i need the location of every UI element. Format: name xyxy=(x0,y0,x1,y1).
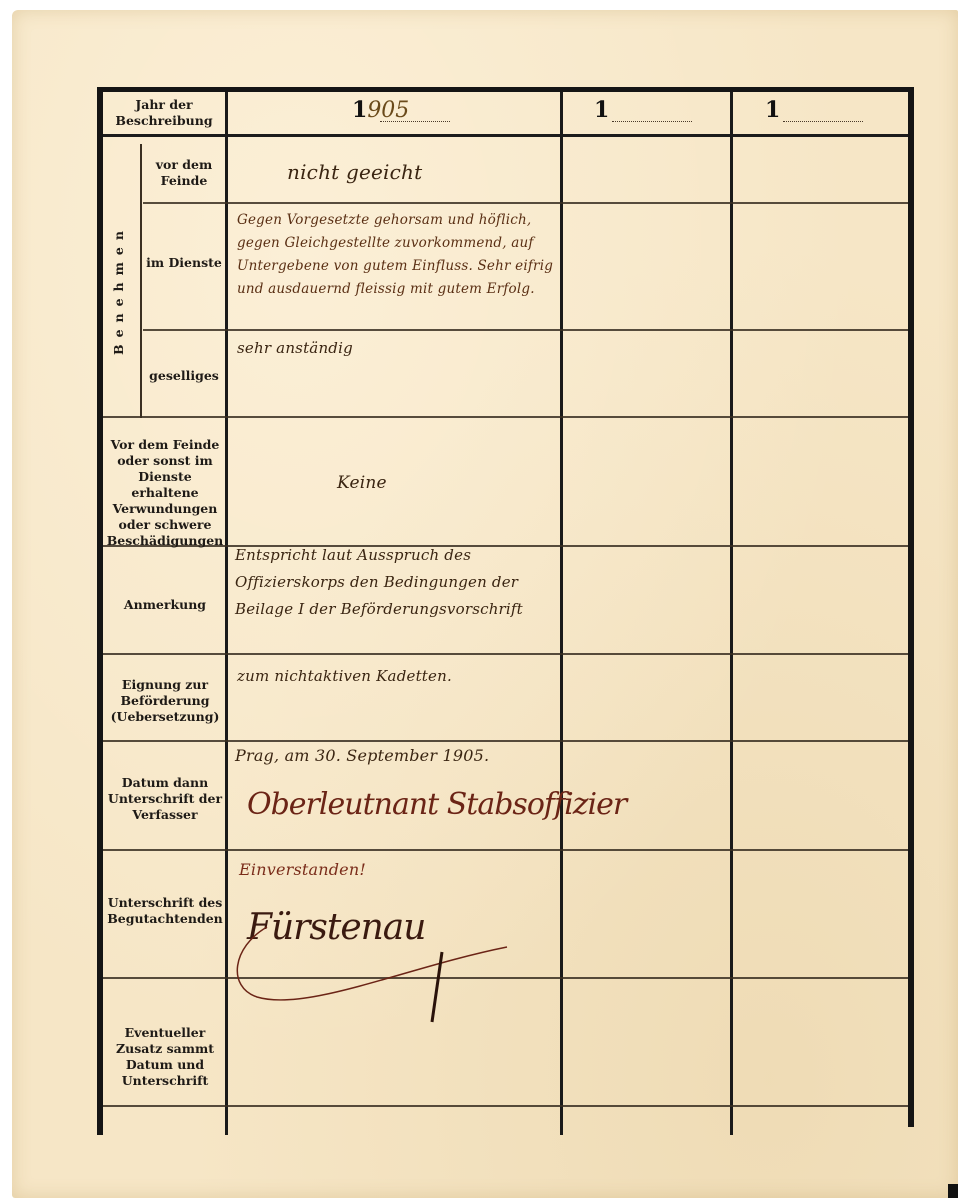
year-dotted-line xyxy=(783,120,863,122)
row-divider xyxy=(103,653,908,655)
row-divider xyxy=(143,202,908,204)
row-label-vor-dem-feinde: vor dem Feinde xyxy=(143,157,225,189)
row-label-zusatz: Eventueller Zusatz sammt Datum und Unter… xyxy=(105,1025,225,1089)
row-label-datum-verfasser: Datum dann Unterschrift der Verfasser xyxy=(105,775,225,823)
row-divider xyxy=(103,849,908,851)
form-table: Jahr der Beschreibung 1905 1 1 Benehmen … xyxy=(97,87,912,1137)
row-label-eignung: Eignung zur Beförderung (Uebersetzung) xyxy=(105,677,225,725)
author-signature: Oberleutnant Stabsoffizier xyxy=(247,787,626,822)
page-corner-shadow xyxy=(948,1184,958,1198)
entry-datum: Prag, am 30. September 1905. xyxy=(235,745,489,767)
row-divider xyxy=(103,416,908,418)
entry-eignung: zum nichtaktiven Kadetten. xyxy=(237,665,452,687)
year-cell-2: 1 xyxy=(594,97,609,123)
entry-im-dienste: Gegen Vorgesetzte gehorsam und höflich, … xyxy=(237,209,559,301)
table-right-border xyxy=(908,87,914,1127)
row-label-geselliges: geselliges xyxy=(143,368,225,384)
entry-anmerkung: Entspricht laut Ausspruch des Offiziersk… xyxy=(235,542,560,623)
row-divider xyxy=(103,1105,908,1107)
header-divider xyxy=(103,134,908,137)
entry-geselliges: sehr anständig xyxy=(237,337,353,359)
year-dotted-line xyxy=(380,120,450,122)
row-label-begutachtender: Unterschrift des Begutachtenden xyxy=(105,895,225,927)
entry-einverstanden: Einverstanden! xyxy=(239,859,366,881)
row-divider xyxy=(143,329,908,331)
row-label-im-dienste: im Dienste xyxy=(143,255,225,271)
row-divider xyxy=(103,740,908,742)
signature-flourish xyxy=(227,887,527,1027)
entry-verwundungen: Keine xyxy=(337,472,387,494)
benehmen-group-label: Benehmen xyxy=(111,215,126,355)
year-prefix: 1 xyxy=(352,97,367,123)
year-prefix: 1 xyxy=(765,97,780,123)
header-label: Jahr der Beschreibung xyxy=(103,97,225,129)
year-prefix: 1 xyxy=(594,97,609,123)
row-label-verwundungen: Vor dem Feinde oder sonst im Dienste erh… xyxy=(105,437,225,549)
table-top-border xyxy=(97,87,914,92)
row-label-anmerkung: Anmerkung xyxy=(105,597,225,613)
year-dotted-line xyxy=(612,120,692,122)
year-cell-3: 1 xyxy=(765,97,780,123)
benehmen-divider xyxy=(140,144,142,418)
entry-vor-dem-feinde: nicht geeicht xyxy=(287,161,422,183)
